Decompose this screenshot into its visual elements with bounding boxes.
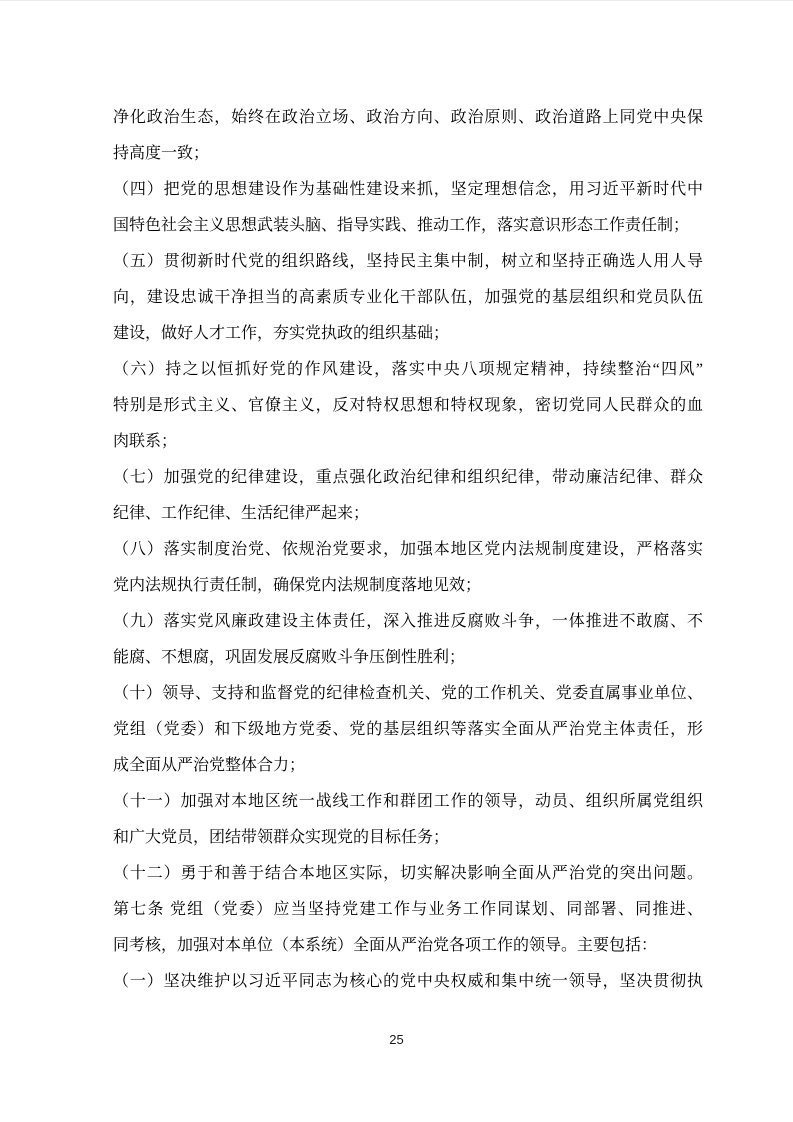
text-line: （四）把党的思想建设作为基础性建设来抓，坚定理想信念，用习近平新时代中 (113, 172, 703, 208)
text-line: 国特色社会主义思想武装头脑、指导实践、推动工作，落实意识形态工作责任制； (113, 208, 703, 244)
document-body: 净化政治生态，始终在政治立场、政治方向、政治原则、政治道路上同党中央保持高度一致… (113, 100, 703, 1000)
text-line: 向，建设忠诚干净担当的高素质专业化干部队伍，加强党的基层组织和党员队伍 (113, 280, 703, 316)
text-line: 和广大党员，团结带领群众实现党的目标任务； (113, 820, 703, 856)
document-page: 净化政治生态，始终在政治立场、政治方向、政治原则、政治道路上同党中央保持高度一致… (0, 0, 793, 1122)
text-line: 纪律、工作纪律、生活纪律严起来； (113, 496, 703, 532)
text-line: 肉联系； (113, 424, 703, 460)
text-line: 特别是形式主义、官僚主义，反对特权思想和特权现象，密切党同人民群众的血 (113, 388, 703, 424)
text-line: 同考核，加强对本单位（本系统）全面从严治党各项工作的领导。主要包括： (113, 928, 703, 964)
text-line: （八）落实制度治党、依规治党要求，加强本地区党内法规制度建设，严格落实 (113, 532, 703, 568)
text-line: 能腐、不想腐，巩固发展反腐败斗争压倒性胜利； (113, 640, 703, 676)
text-line: 净化政治生态，始终在政治立场、政治方向、政治原则、政治道路上同党中央保 (113, 100, 703, 136)
text-line: 建设，做好人才工作，夯实党执政的组织基础； (113, 316, 703, 352)
text-line: （一）坚决维护以习近平同志为核心的党中央权威和集中统一领导，坚决贯彻执 (113, 964, 703, 1000)
text-line: 党内法规执行责任制，确保党内法规制度落地见效； (113, 568, 703, 604)
text-line: （十）领导、支持和监督党的纪律检查机关、党的工作机关、党委直属事业单位、 (113, 676, 703, 712)
text-line: （十二）勇于和善于结合本地区实际，切实解决影响全面从严治党的突出问题。 (113, 856, 703, 892)
text-line: （七）加强党的纪律建设，重点强化政治纪律和组织纪律，带动廉洁纪律、群众 (113, 460, 703, 496)
text-line: 持高度一致； (113, 136, 703, 172)
text-line: （五）贯彻新时代党的组织路线，坚持民主集中制，树立和坚持正确选人用人导 (113, 244, 703, 280)
text-line: （十一）加强对本地区统一战线工作和群团工作的领导，动员、组织所属党组织 (113, 784, 703, 820)
text-line: 第七条 党组（党委）应当坚持党建工作与业务工作同谋划、同部署、同推进、 (113, 892, 703, 928)
page-number: 25 (0, 1032, 793, 1047)
text-line: （九）落实党风廉政建设主体责任，深入推进反腐败斗争，一体推进不敢腐、不 (113, 604, 703, 640)
text-line: 成全面从严治党整体合力； (113, 748, 703, 784)
text-line: （六）持之以恒抓好党的作风建设，落实中央八项规定精神，持续整治“四风” (113, 352, 703, 388)
text-line: 党组（党委）和下级地方党委、党的基层组织等落实全面从严治党主体责任，形 (113, 712, 703, 748)
